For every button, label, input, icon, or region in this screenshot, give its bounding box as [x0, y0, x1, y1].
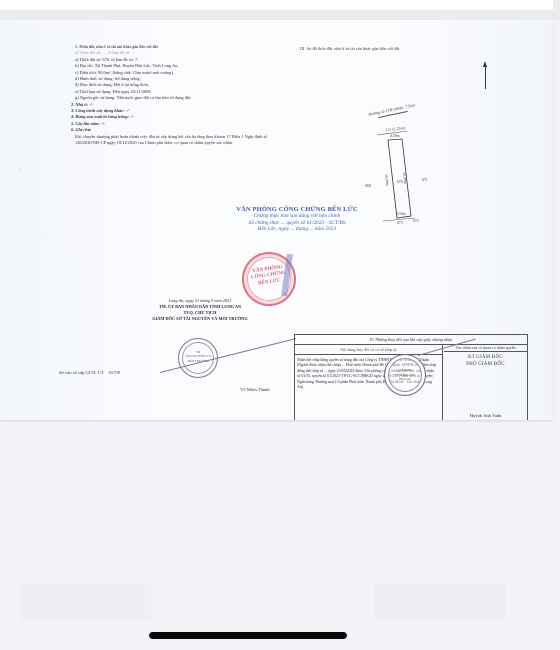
dim-top: 4,50m	[390, 134, 400, 138]
scan-artifact: ·	[12, 28, 14, 33]
table-divider	[442, 344, 443, 420]
confirm-subtitle: PHÓ GIÁM ĐỐC	[444, 362, 527, 368]
notary-line: Chứng thực bản sao đúng với bản chính	[222, 213, 372, 220]
notary-title: VĂN PHÒNG CÔNG CHỨNG BẾN LỨC	[222, 206, 372, 213]
certificate-number-label: Số vào sổ cấp GCN: CT	[59, 370, 103, 375]
notary-certification: VĂN PHÒNG CÔNG CHỨNG BẾN LỨC Chứng thực …	[222, 206, 372, 233]
previous-page-edge	[0, 0, 553, 10]
land-note: Khi chuyển nhượng phải hoàn thành việc đ…	[75, 134, 280, 147]
scan-artifact: •	[20, 168, 22, 173]
north-arrow-icon	[484, 61, 487, 89]
page-separator	[0, 10, 560, 20]
land-details-section: 1. Thửa đất, nhà ở và tài sản khác gắn l…	[75, 44, 280, 147]
notary-line: Bến Lức, ngày ... tháng ... năm 2023	[222, 226, 372, 233]
confirm-column-header: Xác nhận của cơ quan có thẩm quyền	[444, 345, 527, 352]
parcel-bottom-right: 672	[413, 219, 419, 223]
confirmation-column: Xác nhận của cơ quan có thẩm quyền KT.GI…	[444, 345, 527, 368]
parcel-center: 670	[397, 180, 403, 184]
issuer-role: GIÁM ĐỐC SỞ TÀI NGUYÊN VÀ MÔI TRƯỜNG	[110, 316, 290, 322]
toolbar-placeholder-right	[374, 584, 506, 620]
parcel-left: 668	[365, 184, 371, 188]
certificate-number-value: 65708	[109, 370, 120, 375]
confirm-signer: Huỳnh Anh Tuấn	[444, 413, 527, 418]
parcel-bottom: 673	[397, 221, 403, 225]
section-4-heading: IV. Những thay đổi sau khi cấp giấy chứn…	[295, 335, 527, 345]
parcel-diagram: 4,50m 20,00m 20,00m 670 668 671 4,50m 67…	[375, 128, 435, 248]
seal-text: Bến Lức	[385, 377, 425, 382]
registration-office-seal-icon: Chi nhánh VP ĐĂNG KÝ Bến Lức	[384, 354, 426, 396]
scan-artifact: ·	[40, 235, 42, 240]
certificate-number: Số vào sổ cấp GCN: CT 65708	[59, 370, 120, 375]
toolbar-placeholder-left	[20, 584, 151, 620]
section-3-heading: III. Sơ đồ thửa đất, nhà ở và tài sản kh…	[300, 46, 400, 52]
issuer-signature-block: Long An, ngày 21 tháng 5 năm 2021 TM. ỦY…	[110, 298, 290, 322]
dim-bottom: 4,50m	[396, 212, 406, 216]
document-page-image[interactable]: · • · 1. Thửa đất, nhà ở và tài sản khác…	[0, 20, 553, 420]
parcel-right: 671	[422, 178, 428, 182]
issuer-signer-name: Võ Minh Thành	[240, 387, 270, 392]
home-indicator[interactable]	[149, 632, 347, 639]
